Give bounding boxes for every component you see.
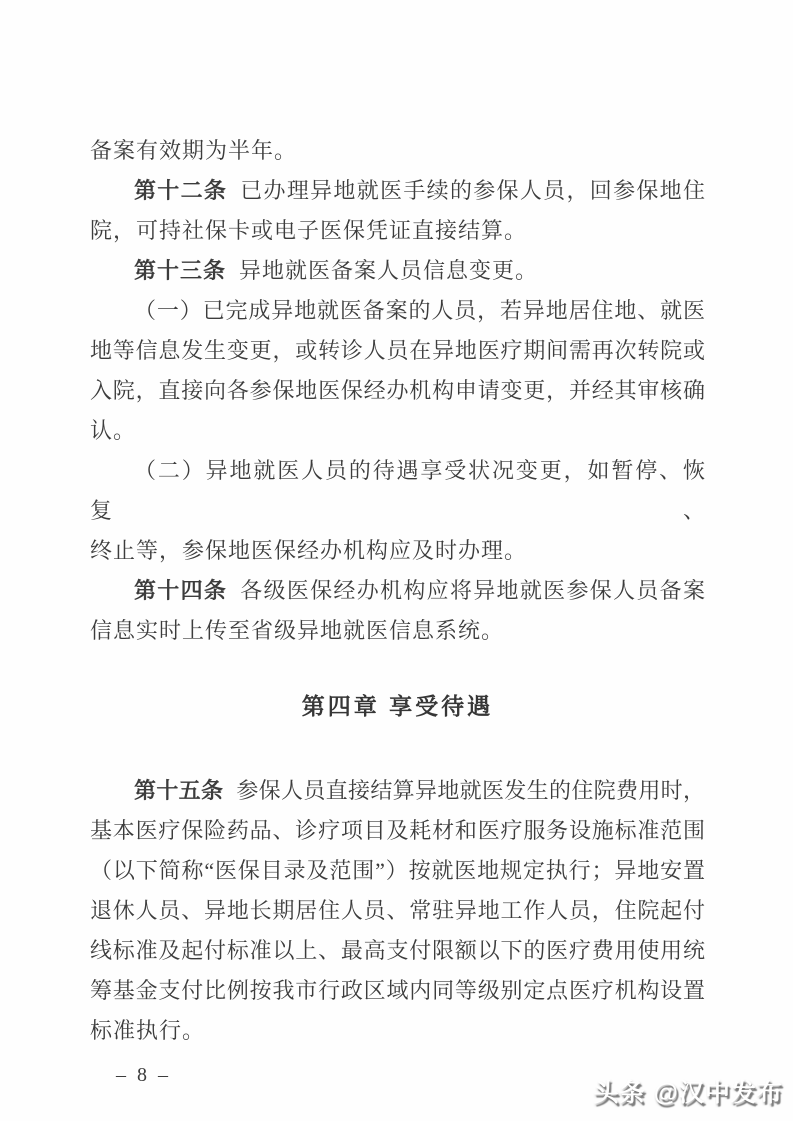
text-line: 终止等，参保地医保经办机构应及时办理。 [90, 531, 705, 571]
text-line: 基本医疗保险药品、诊疗项目及耗材和医疗服务设施标准范围 [90, 811, 705, 851]
article-number: 第十三条 [134, 258, 226, 283]
text-line: 信息实时上传至省级异地就医信息系统。 [90, 611, 705, 651]
text-line: 第十四条各级医保经办机构应将异地就医参保人员备案 [90, 571, 705, 611]
text-line: 入院，直接向各参保地医保经办机构申请变更，并经其审核确 [90, 371, 705, 411]
line-text: 异地就医备案人员信息变更。 [239, 258, 538, 283]
text-line: 筹基金支付比例按我市行政区域内同等级别定点医疗机构设置 [90, 971, 705, 1011]
text-line: （二）异地就医人员的待遇享受状况变更，如暂停、恢复、 [90, 451, 705, 531]
text-line: 认。 [90, 411, 705, 451]
line-text: 已办理异地就医手续的参保人员，回参保地住 [240, 178, 705, 203]
text-line: 第十三条异地就医备案人员信息变更。 [90, 251, 705, 291]
line-text: 参保人员直接结算异地就医发生的住院费用时， [236, 778, 705, 803]
text-line: 第十二条已办理异地就医手续的参保人员，回参保地住 [90, 171, 705, 211]
toutiao-watermark: 头条 @汉中发布 [594, 1073, 783, 1109]
text-line: 院，可持社保卡或电子医保凭证直接结算。 [90, 211, 705, 251]
text-line: （以下简称“医保目录及范围”）按就医地规定执行；异地安置 [90, 851, 705, 891]
line-text: 各级医保经办机构应将异地就医参保人员备案 [240, 578, 705, 603]
text-line: 线标准及起付标准以上、最高支付限额以下的医疗费用使用统 [90, 931, 705, 971]
chapter-heading: 第四章 享受待遇 [90, 686, 705, 726]
article-number: 第十五条 [134, 778, 223, 803]
document-page: 备案有效期为半年。 第十二条已办理异地就医手续的参保人员，回参保地住 院，可持社… [0, 0, 793, 1121]
text-line: 退休人员、异地长期居住人员、常驻异地工作人员，住院起付 [90, 891, 705, 931]
article-number: 第十二条 [134, 178, 227, 203]
text-line: 备案有效期为半年。 [90, 131, 705, 171]
text-line: 标准执行。 [90, 1011, 705, 1051]
article-number: 第十四条 [134, 578, 227, 603]
text-line: （一）已完成异地就医备案的人员，若异地居住地、就医 [90, 291, 705, 331]
text-line: 地等信息发生变更，或转诊人员在异地医疗期间需再次转院或 [90, 331, 705, 371]
text-line: 第十五条参保人员直接结算异地就医发生的住院费用时， [90, 771, 705, 811]
